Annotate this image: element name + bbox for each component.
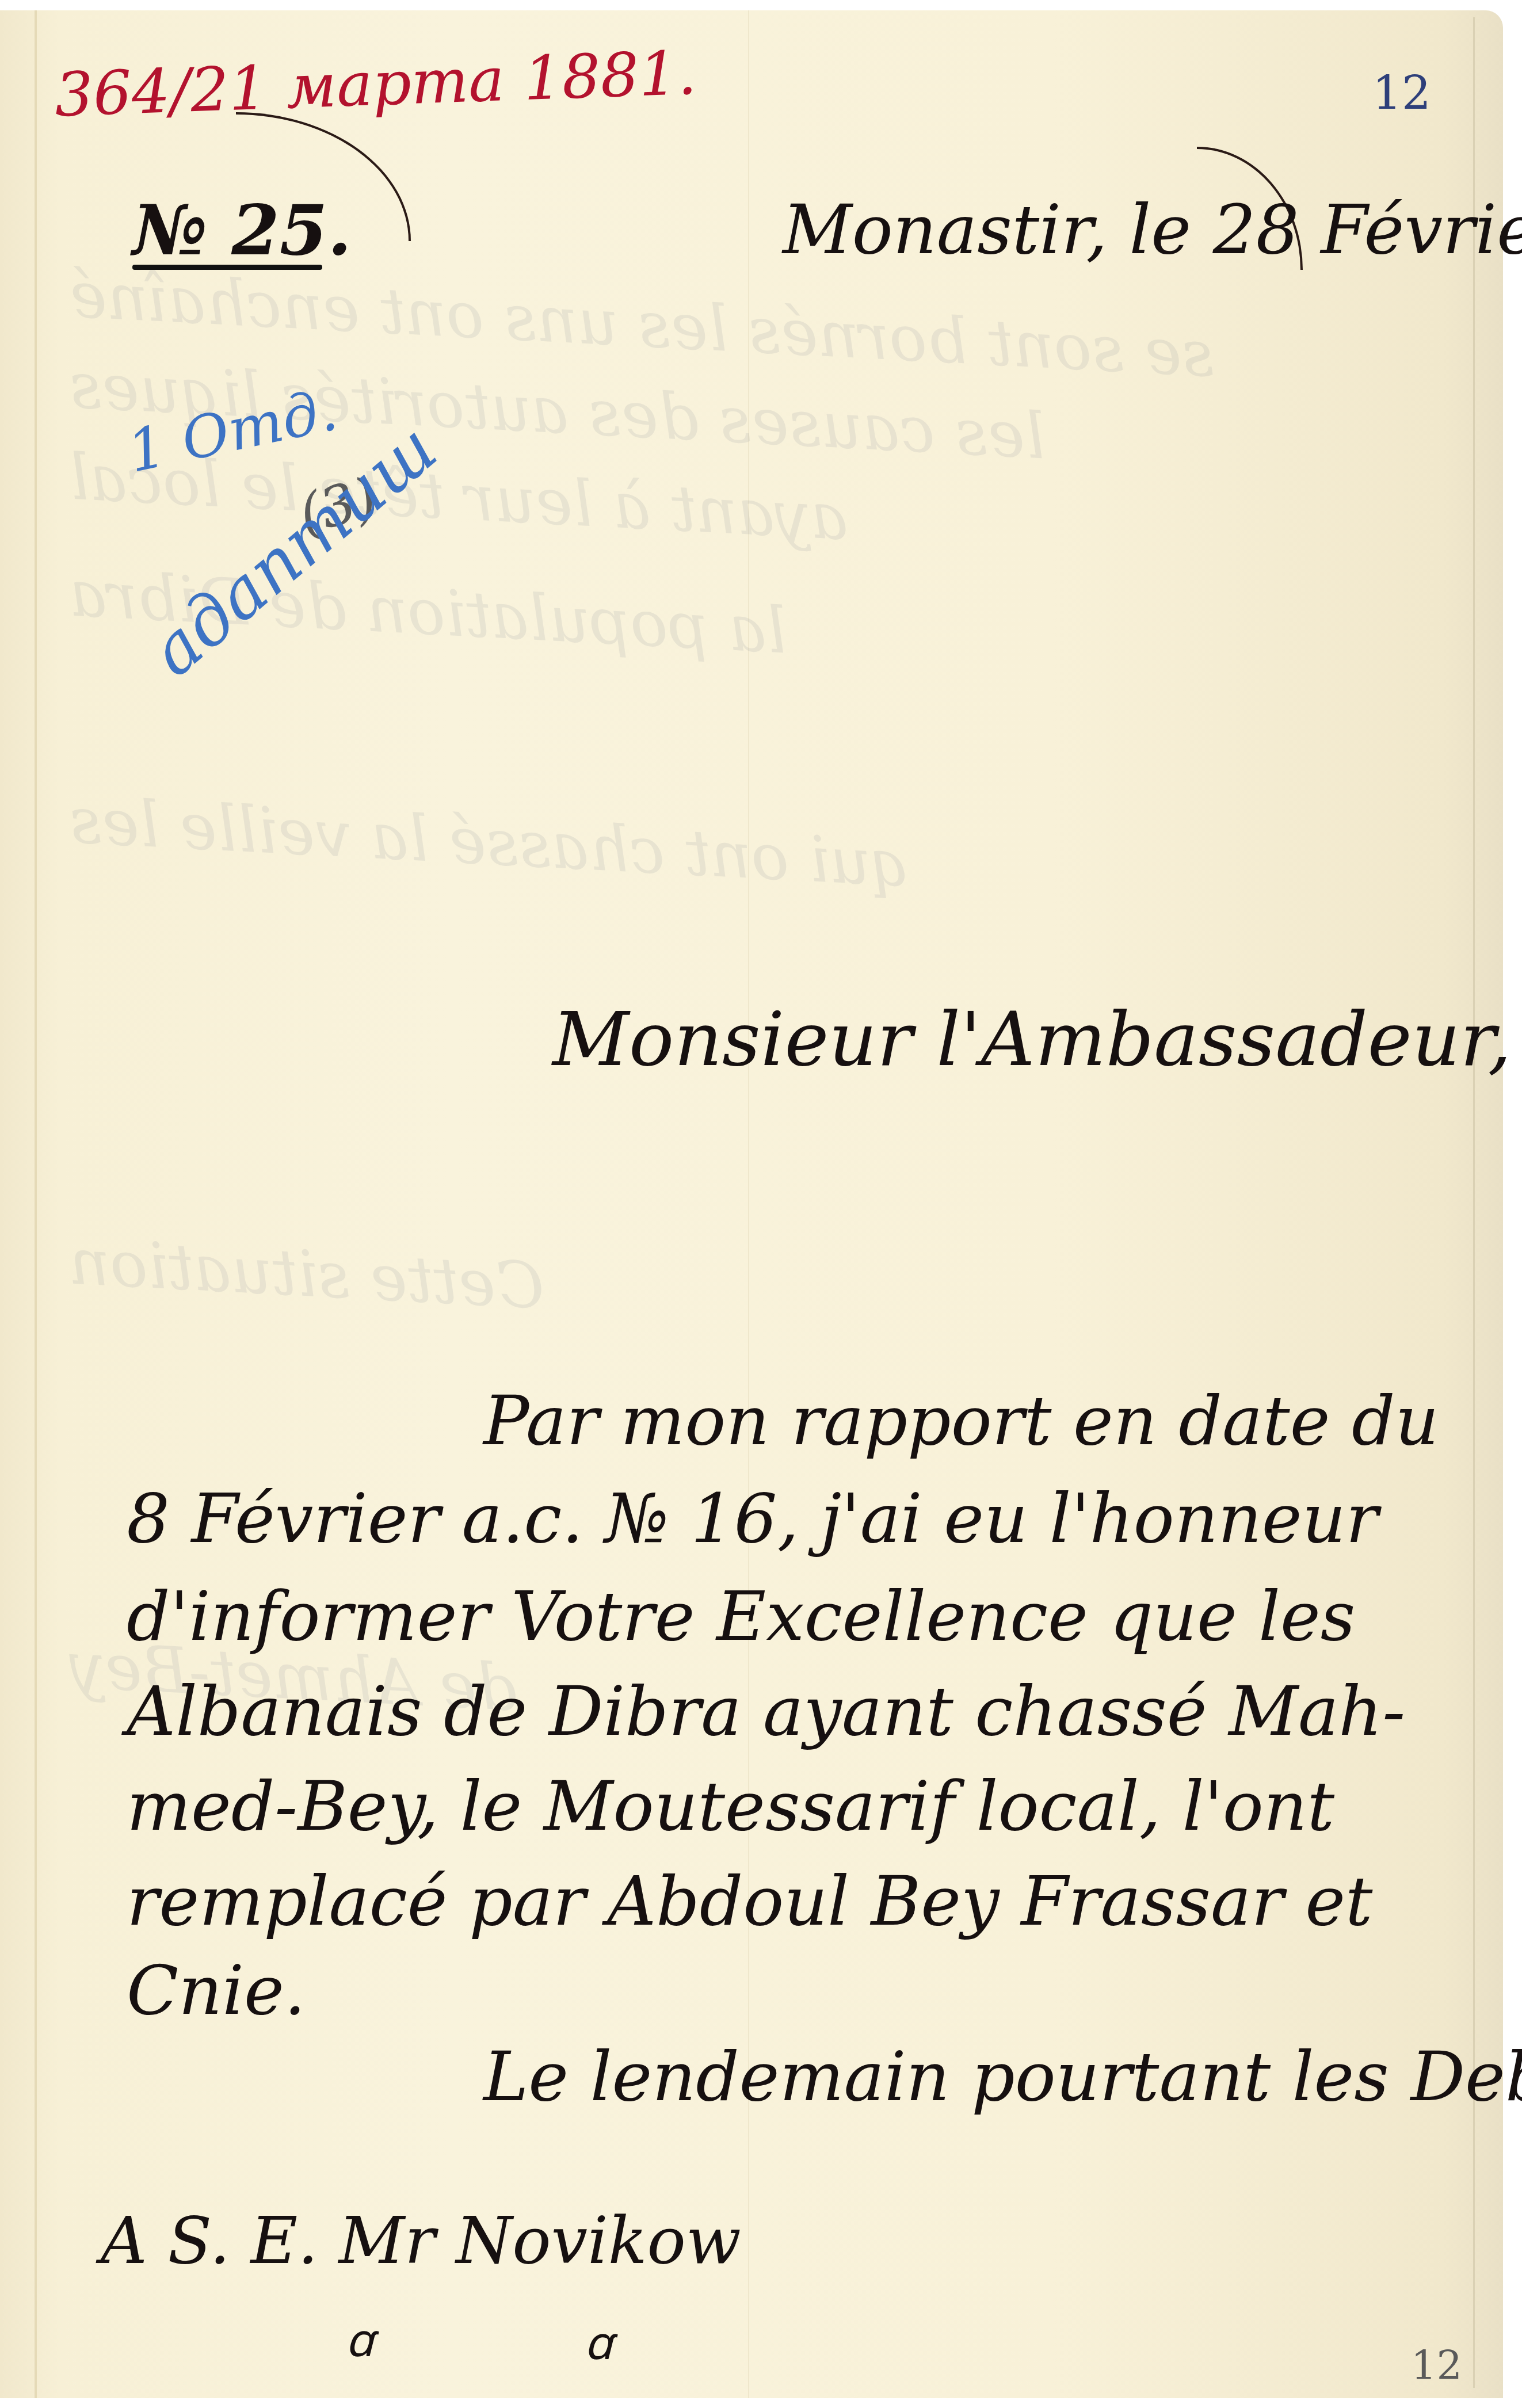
paper-fold-left	[35, 10, 37, 2398]
addressee: A S. E. Mr Novikow	[101, 2204, 741, 2279]
body-line-7: Cnie.	[127, 1951, 306, 2030]
addressee-mark-2: ꭤ	[584, 2310, 612, 2373]
body-line-8: Le lendemain pourtant les Debriotes	[483, 2037, 1522, 2116]
document-number-underline	[132, 265, 322, 270]
body-line-2: 8 Février a.c. № 16, j'ai eu l'honneur	[127, 1479, 1378, 1558]
folio-number-bottom: 12	[1411, 2342, 1462, 2389]
body-line-4: Albanais de Dibra ayant chassé Mah-	[127, 1672, 1405, 1751]
body-line-1: Par mon rapport en date du	[483, 1381, 1439, 1460]
paper-fold-right	[1473, 17, 1475, 2388]
place-date: Monastir, le 28 Février 1881.	[783, 190, 1522, 269]
document-number: № 25.	[132, 190, 352, 271]
body-line-6: remplacé par Abdoul Bey Frassar et	[127, 1861, 1373, 1941]
body-line-5: med-Bey, le Moutessarif local, l'ont	[127, 1766, 1334, 1846]
folio-number-top: 12	[1372, 66, 1431, 120]
salutation: Monsieur l'Ambassadeur,	[552, 995, 1512, 1083]
addressee-mark-1: ꭤ	[345, 2307, 373, 2370]
body-line-3: d'informer Votre Excellence que les	[127, 1577, 1355, 1656]
